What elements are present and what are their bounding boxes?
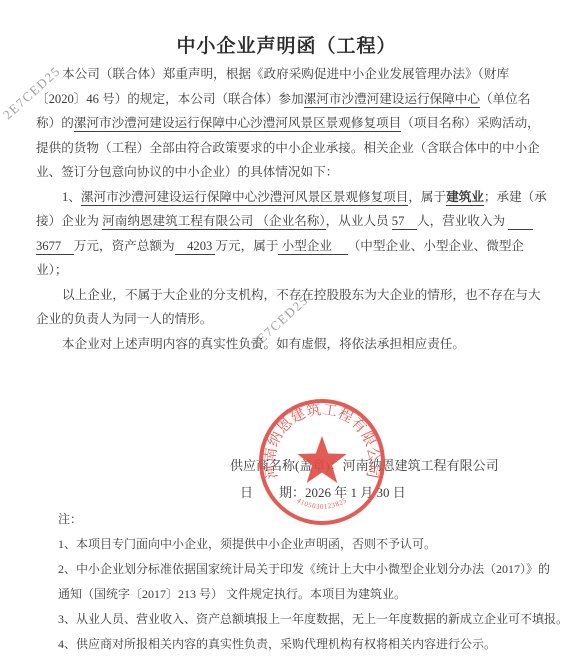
body-text: 万元，资产总额为 [74,239,175,253]
declaration-document-page: 2E7CED25 2E7CED25 中小企业声明函（工程） 本公司（联合体）郑重… [0,0,573,669]
note-item-2-continued: 通知（国统字〔2017〕213 号） 文件规定执行。本项目为建筑业。 [58,582,568,607]
body-text: ，从业人员 [326,214,392,228]
body-text: 本公司（联合体）郑重声明，根据《政府采购促进中小企业发展管理办法》（财库 [62,67,509,81]
body-text: （项目名称）采购活动， [401,116,540,130]
project-name-field: 漯河市沙澧河建设运行保障中心沙澧河风景区景观修复项目 [81,190,408,206]
note-item-2: 2、中小企业划分标准依据国家统计局关于印发《统计上大中小微型企业划分办法（201… [58,557,568,582]
body-text: 企业的负责人为同一人的情形。 [36,312,212,326]
body-text: 业）； [36,263,67,277]
body-text: 业、签订分包意向协议的中小企业）的具体情况如下： [36,165,338,179]
body-text: ；承建（承 [484,190,547,204]
notes-label: 注： [58,507,568,532]
body-line: 接）企业为 河南纳恩建筑工程有限公司 （企业名称），从业人员 57 人，营业收入… [36,209,546,234]
body-text: 万元，属于 [215,239,278,253]
note-item-1: 1、本项目专门面向中小企业，须提供中小企业声明函，否则不予认可。 [58,532,568,557]
seal-star-icon [297,436,346,483]
body-line: 本公司（联合体）郑重声明，根据《政府采购促进中小企业发展管理办法》（财库 [36,62,546,87]
body-line: 称）的漯河市沙澧河建设运行保障中心沙澧河风景区景观修复项目（项目名称）采购活动， [36,111,546,136]
purchaser-name-field: 漯河市沙澧河建设运行保障中心 [304,92,480,108]
body-line: 业、签订分包意向协议的中小企业）的具体情况如下： [36,160,546,185]
body-text: 人，营业收入为 [417,214,508,228]
body-line: 本企业对上述声明内容的真实性负责。如有虚假，将依法承担相应责任。 [36,332,546,357]
body-text: 本企业对上述声明内容的真实性负责。如有虚假，将依法承担相应责任。 [62,337,465,351]
notes-section: 注： 1、本项目专门面向中小企业，须提供中小企业声明函，否则不予认可。 2、中小… [58,507,568,657]
body-text: 〔2020〕46 号）的规定，本公司（联合体）参加 [36,92,304,106]
body-line: 提供的货物（工程）全部由符合政策要求的中小企业承接。相关企业（含联合体中的中小企 [36,136,546,161]
company-name-field: 河南纳恩建筑工程有限公司 （企业名称） [102,214,326,230]
note-item-4: 4、供应商对所报相关内容的真实性负责，采购代理机构有权将相关内容进行公示。 [58,632,568,657]
blank-underline [508,214,533,230]
employee-count-field: 57 [392,214,417,230]
body-line: 〔2020〕46 号）的规定，本公司（联合体）参加漯河市沙澧河建设运行保障中心（… [36,87,546,112]
enterprise-size-field: 小型企业 [278,239,347,255]
project-name-field: 漯河市沙澧河建设运行保障中心沙澧河风景区景观修复项目 [74,116,401,132]
body-line: 企业的负责人为同一人的情形。 [36,307,546,332]
body-line: 3677 万元，资产总额为 4203 万元，属于 小型企业 （中型企业、小型企业… [36,234,546,259]
body-text: 接）企业为 [36,214,102,228]
assets-field: 4203 [175,239,216,255]
body-line: 1、漯河市沙澧河建设运行保障中心沙澧河风景区景观修复项目，属于建筑业；承建（承 [36,185,546,210]
body-text: （中型企业、小型企业、微型企 [348,239,524,253]
body-text: 以上企业，不属于大企业的分支机构，不存在控股股东为大企业的情形，也不存在与大 [62,288,541,302]
revenue-field: 3677 [36,239,74,255]
body-line: 业）； [36,258,546,283]
body-text: 称）的 [36,116,74,130]
declaration-body: 本公司（联合体）郑重声明，根据《政府采购促进中小企业发展管理办法》（财库 〔20… [36,62,546,356]
page-title: 中小企业声明函（工程） [0,31,573,58]
body-text: 提供的货物（工程）全部由符合政策要求的中小企业承接。相关企业（含联合体中的中小企 [36,141,540,155]
body-text: （单位名 [480,92,530,106]
industry-field: 建筑业 [446,190,484,206]
body-line: 以上企业，不属于大企业的分支机构，不存在控股股东为大企业的情形，也不存在与大 [36,283,546,308]
note-item-3: 3、从业人员、营业收入、资产总额填报上一年度数据，无上一年度数据的新成立企业可不… [58,607,568,632]
body-text: ，属于 [408,190,446,204]
body-text: 1、 [62,190,81,204]
